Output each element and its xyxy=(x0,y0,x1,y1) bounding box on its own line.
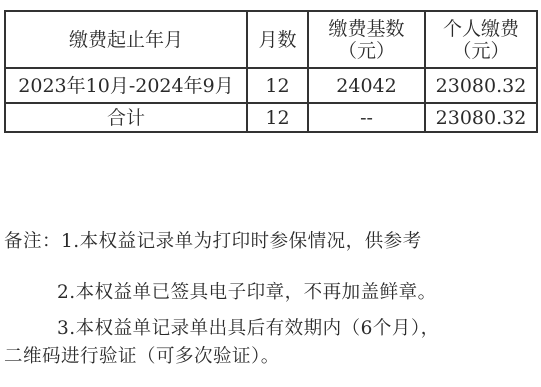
note-line-2: 2.本权益单已签具电子印章，不再加盖鲜章。 xyxy=(57,278,437,304)
cell-base: 24042 xyxy=(308,68,425,103)
header-base: 缴费基数（元） xyxy=(308,11,425,68)
cell-months: 12 xyxy=(247,68,308,103)
header-months: 月数 xyxy=(247,11,308,68)
table-row: 2023年10月-2024年9月 12 24042 23080.32 xyxy=(5,68,537,103)
contribution-table: 缴费起止年月 月数 缴费基数（元） 个人缴费（元） 2023年10月-2024年… xyxy=(4,10,538,133)
table-total-row: 合计 12 -- 23080.32 xyxy=(5,103,537,132)
cell-base: -- xyxy=(308,103,425,132)
header-period: 缴费起止年月 xyxy=(5,11,247,68)
cell-personal: 23080.32 xyxy=(425,68,537,103)
cell-months: 12 xyxy=(247,103,308,132)
cell-period: 2023年10月-2024年9月 xyxy=(5,68,247,103)
cell-personal: 23080.32 xyxy=(425,103,537,132)
table-header-row: 缴费起止年月 月数 缴费基数（元） 个人缴费（元） xyxy=(5,11,537,68)
note-line-4: 二维码进行验证（可多次验证）。 xyxy=(4,342,280,368)
cell-period: 合计 xyxy=(5,103,247,132)
note-line-3: 3.本权益单记录单出具后有效期内（6个月）， xyxy=(57,314,440,340)
note-line-1: 备注：1.本权益记录单为打印时参保情况，供参考 xyxy=(4,227,422,253)
header-personal: 个人缴费（元） xyxy=(425,11,537,68)
